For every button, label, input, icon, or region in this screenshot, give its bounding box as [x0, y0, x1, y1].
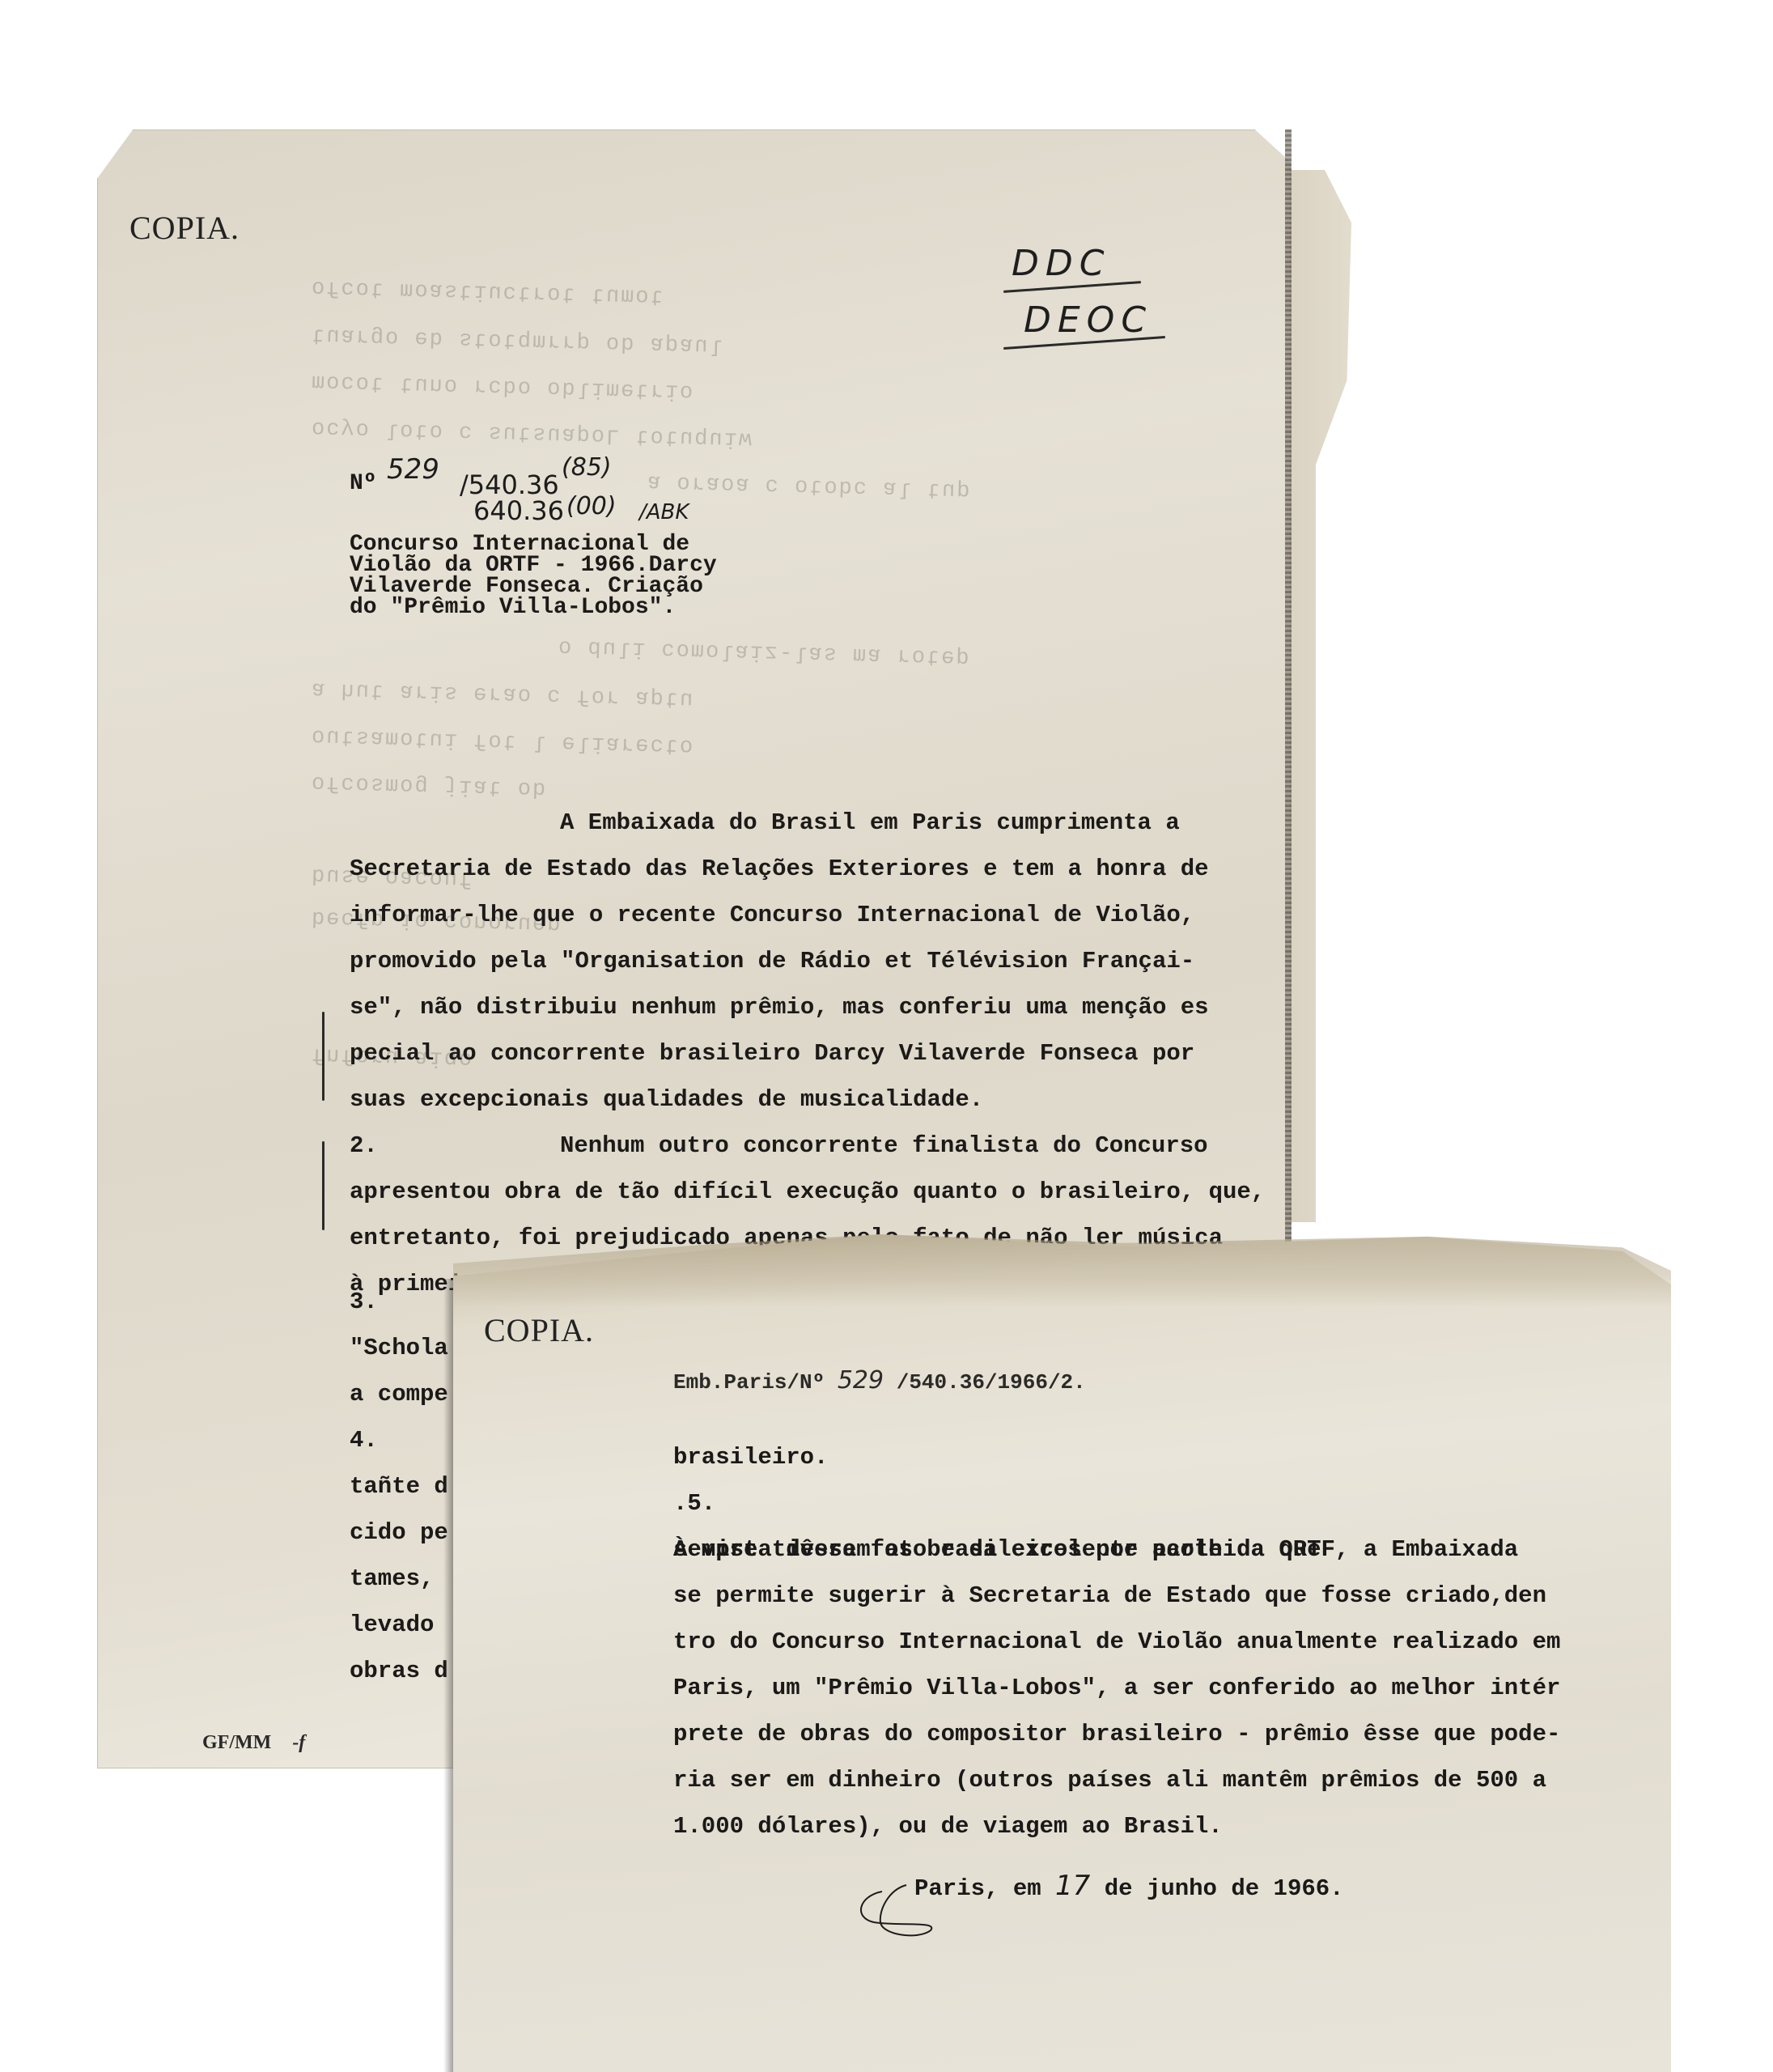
- text-fragment: a compe: [350, 1371, 448, 1417]
- carryover-word: brasileiro.: [673, 1434, 1560, 1480]
- paragraph-1-line: informar-lhe que o recente Concurso Inte…: [350, 892, 1265, 938]
- back-page-body: A Embaixada do Brasil em Paris cumprimen…: [350, 800, 1265, 1307]
- code-line-1-handwritten: (85): [562, 453, 612, 482]
- paragraph-5-line: se permite sugerir à Secretaria de Estad…: [673, 1573, 1560, 1619]
- paragraph-1-line: Secretaria de Estado das Relações Exteri…: [350, 846, 1265, 892]
- paragraph-1-line: A Embaixada do Brasil em Paris cumprimen…: [350, 800, 1265, 846]
- closing-date-line: Paris, em 17 de junho de 1966.: [914, 1870, 1344, 1902]
- number-prefix: Nº: [350, 471, 377, 496]
- page-shadow: [443, 1279, 455, 2072]
- reference-number: Nº: [350, 471, 377, 496]
- routing-mark-deoc: DEOC: [1024, 299, 1152, 341]
- text-fragment: "Schola: [350, 1325, 448, 1371]
- paragraph-5-line: prete de obras do compositor brasileiro …: [673, 1711, 1560, 1757]
- code-line-2-handwritten: (00): [566, 492, 617, 520]
- paragraph-2-line: Nenhum outro concorrente finalista do Co…: [560, 1132, 1208, 1159]
- handwritten-initials: /ABK: [639, 500, 689, 524]
- paragraph-1-line: se", não distribuiu nenhum prêmio, mas c…: [350, 984, 1265, 1030]
- copy-stamp-back: COPIA.: [129, 209, 240, 247]
- code-line-2: 640.36: [473, 495, 564, 526]
- reference-handwritten: 529: [838, 1366, 884, 1395]
- closing-day-handwritten: 17: [1055, 1870, 1090, 1902]
- paragraph-5-first-line: .5.À vista dêsse fato e da excelente aco…: [673, 1480, 1560, 1526]
- text-fragment: 4.: [350, 1417, 448, 1463]
- paragraph-5-line: sempre tiveram os brasileiros por parte …: [673, 1526, 1560, 1573]
- handwritten-number: 529: [387, 453, 439, 486]
- paragraph-number: .5.: [673, 1480, 908, 1526]
- paragraph-5-line: ria ser em dinheiro (outros países ali m…: [673, 1757, 1560, 1803]
- paragraph-5-line: Paris, um "Prêmio Villa-Lobos", a ser co…: [673, 1665, 1560, 1711]
- subject-line: do "Prêmio Villa-Lobos".: [350, 597, 717, 618]
- text-fragment: tames,: [350, 1556, 448, 1602]
- front-reference-number: Emb.Paris/Nº 529 /540.36/1966/2.: [673, 1366, 1086, 1395]
- text-fragment: 3.: [350, 1279, 448, 1325]
- reference-suffix: /540.36/1966/2.: [897, 1370, 1086, 1395]
- text-fragment: tañte d: [350, 1463, 448, 1509]
- text-fragment: obras d: [350, 1648, 448, 1694]
- paragraph-5-line: tro do Concurso Internacional de Violão …: [673, 1619, 1560, 1665]
- text-fragment: levado: [350, 1602, 448, 1648]
- paragraph-5-line: 1.000 dólares), ou de viagem ao Brasil.: [673, 1803, 1560, 1849]
- paragraph-number: 2.: [350, 1123, 560, 1169]
- paragraph-2-first-line: 2.Nenhum outro concorrente finalista do …: [350, 1123, 1265, 1169]
- paragraph-1-line: pecial ao concorrente brasileiro Darcy V…: [350, 1030, 1265, 1076]
- front-page-body: brasileiro. .5.À vista dêsse fato e da e…: [673, 1434, 1560, 1849]
- copy-stamp-front: COPIA.: [484, 1311, 594, 1349]
- hidden-text-fragments: 3. "Schola a compe 4. tañte d cido pe ta…: [350, 1279, 448, 1694]
- initials-text: GF/MM: [202, 1732, 271, 1753]
- page-edge-stain: [1285, 129, 1292, 1246]
- margin-bracket-mark: [322, 1141, 324, 1230]
- signature-icon: [850, 1882, 971, 1938]
- paragraph-1-line: promovido pela "Organisation de Rádio et…: [350, 938, 1265, 984]
- paragraph-1-line: suas excepcionais qualidades de musicali…: [350, 1076, 1265, 1123]
- margin-bracket-mark: [322, 1012, 324, 1101]
- initials-mark: -f: [292, 1732, 305, 1753]
- subject-block: Concurso Internacional de Violão da ORTF…: [350, 534, 717, 618]
- reference-typed: Emb.Paris/Nº: [673, 1370, 825, 1395]
- closing-date-rest: de junho de 1966.: [1105, 1875, 1344, 1902]
- typist-initials: GF/MM -f: [202, 1732, 305, 1754]
- paragraph-2-line: apresentou obra de tão difícil execução …: [350, 1169, 1265, 1215]
- routing-mark-ddc: DDC: [1012, 243, 1110, 284]
- text-fragment: cido pe: [350, 1509, 448, 1556]
